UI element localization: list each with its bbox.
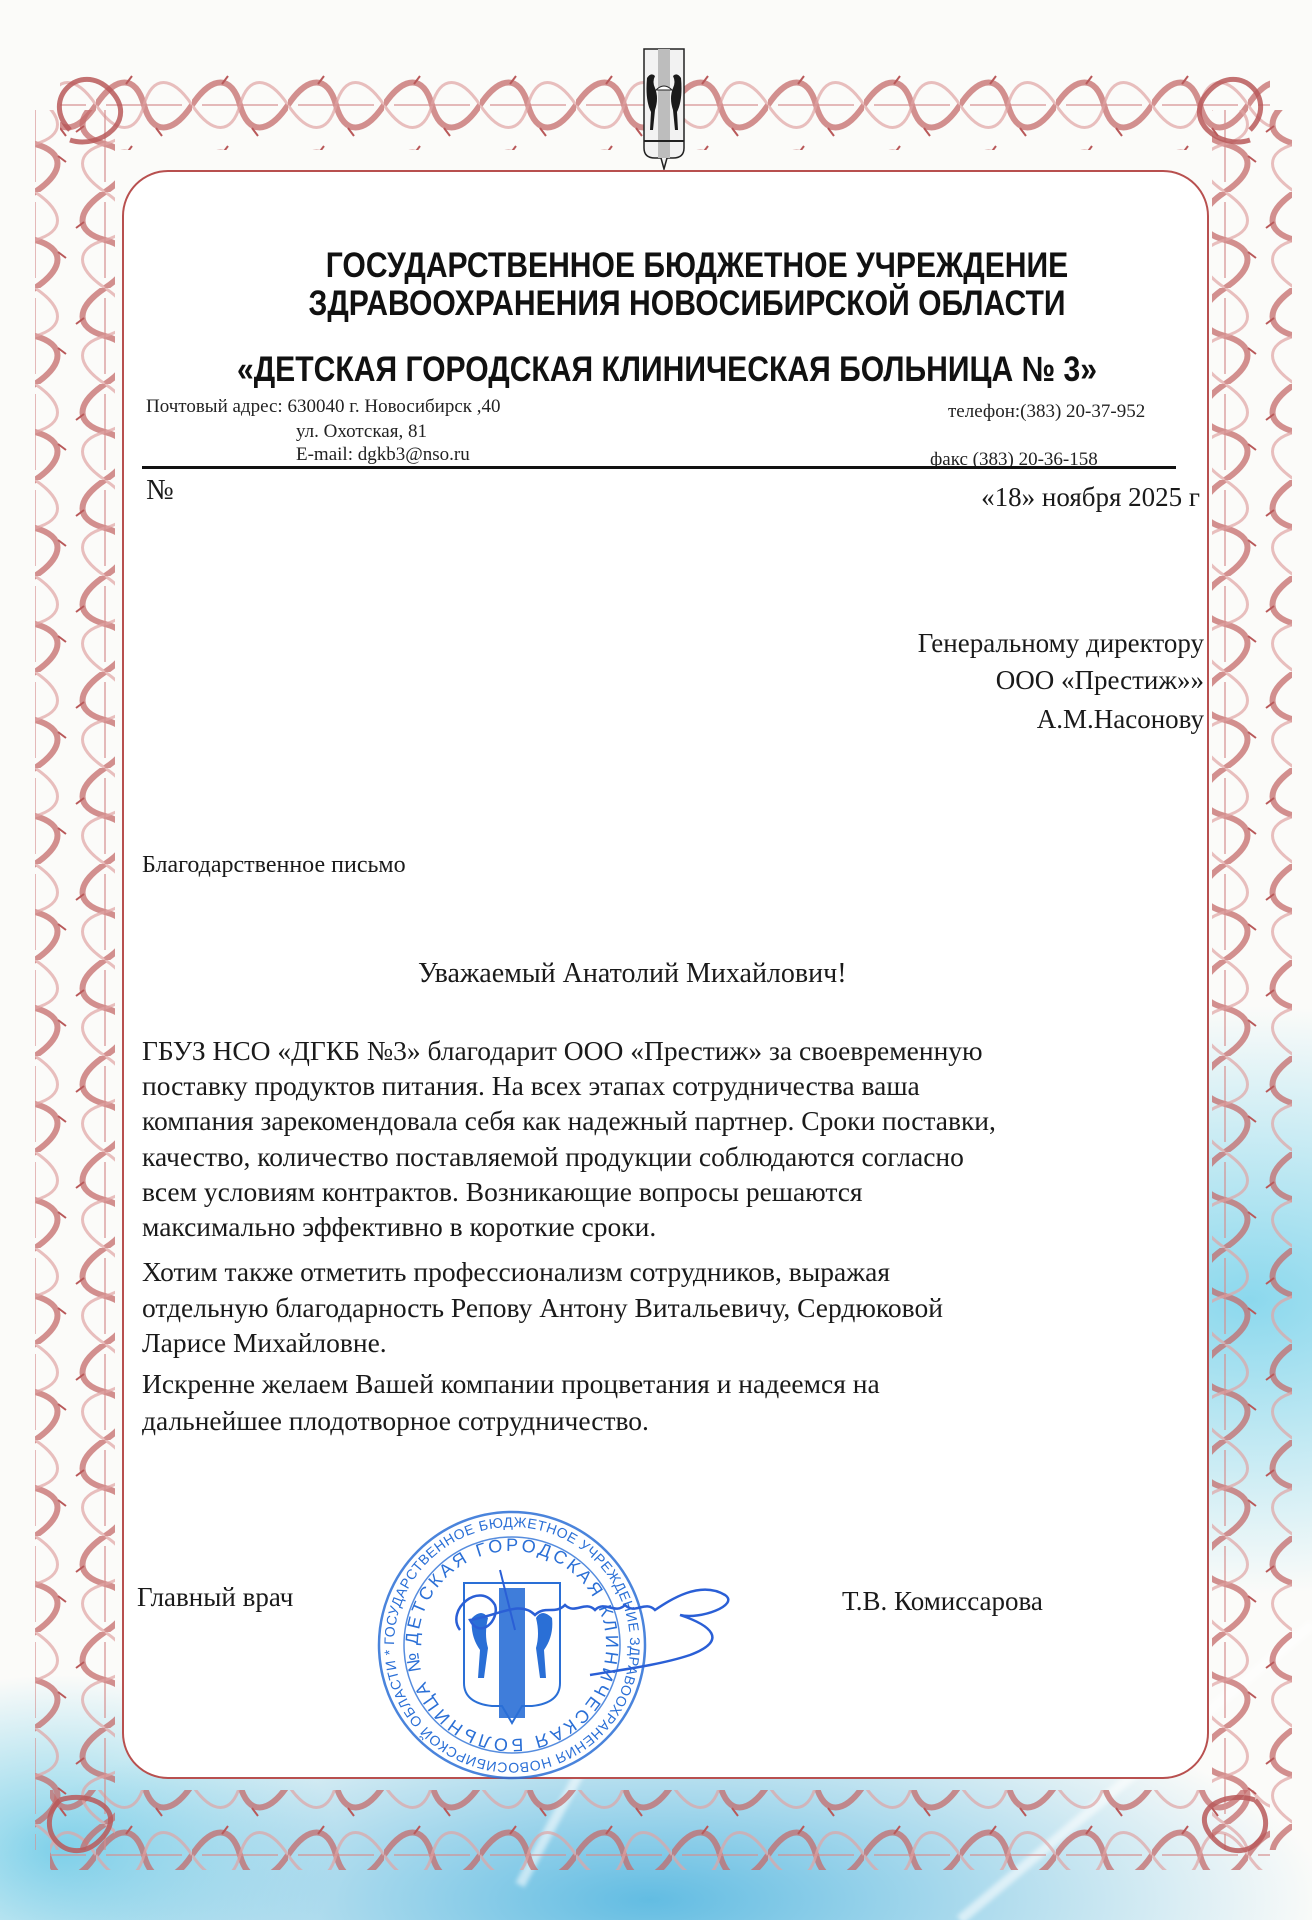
letterhead-line-1: ГОСУДАРСТВЕННОЕ БЮДЖЕТНОЕ УЧРЕЖДЕНИЕ bbox=[133, 246, 1261, 286]
street-address: ул. Охотская, 81 bbox=[296, 421, 427, 443]
salutation: Уважаемый Анатолий Михайлович! bbox=[418, 958, 847, 990]
addressee-position: Генеральному директору bbox=[918, 628, 1204, 659]
body-line: Ларисе Михайловне. bbox=[142, 1325, 387, 1360]
body-line: отдельную благодарность Репову Антону Ви… bbox=[142, 1290, 943, 1325]
body-line: Искренне желаем Вашей компании процветан… bbox=[142, 1366, 880, 1401]
postal-address: Почтовый адрес: 630040 г. Новосибирск ,4… bbox=[146, 396, 501, 418]
body-line: всем условиям контрактов. Возникающие во… bbox=[142, 1174, 863, 1209]
handwritten-signature bbox=[440, 1560, 740, 1700]
letterhead-divider bbox=[142, 466, 1176, 469]
letterhead-line-2: ЗДРАВООХРАНЕНИЯ НОВОСИБИРСКОЙ ОБЛАСТИ bbox=[123, 284, 1251, 324]
body-line: максимально эффективно в короткие сроки. bbox=[142, 1209, 656, 1244]
body-line: качество, количество поставляемой продук… bbox=[142, 1139, 964, 1174]
coat-of-arms-icon bbox=[643, 48, 685, 170]
body-line: дальнейшее плодотворное сотрудничество. bbox=[142, 1403, 649, 1438]
body-line: поставку продуктов питания. На всех этап… bbox=[142, 1068, 920, 1103]
email-address[interactable]: E-mail: dgkb3@nso.ru bbox=[296, 444, 470, 466]
signatory-position: Главный врач bbox=[137, 1582, 293, 1613]
signatory-name: Т.В. Комиссарова bbox=[842, 1586, 1043, 1617]
document-type: Благодарственное письмо bbox=[142, 852, 406, 879]
addressee-name: А.М.Насонову bbox=[1037, 704, 1204, 735]
body-line: ГБУЗ НСО «ДГКБ №3» благодарит ООО «Прест… bbox=[142, 1033, 983, 1068]
letterhead-hospital-name: «ДЕТСКАЯ ГОРОДСКАЯ КЛИНИЧЕСКАЯ БОЛЬНИЦА … bbox=[103, 350, 1231, 390]
body-line: компания зарекомендовала себя как надежн… bbox=[142, 1103, 996, 1138]
outgoing-number-label: № bbox=[146, 474, 174, 507]
addressee-company: ООО «Престиж»» bbox=[996, 665, 1204, 696]
body-line: Хотим также отметить профессионализм сот… bbox=[142, 1254, 890, 1289]
phone-number: телефон:(383) 20-37-952 bbox=[948, 401, 1145, 423]
letter-date: «18» ноября 2025 г bbox=[981, 482, 1200, 513]
